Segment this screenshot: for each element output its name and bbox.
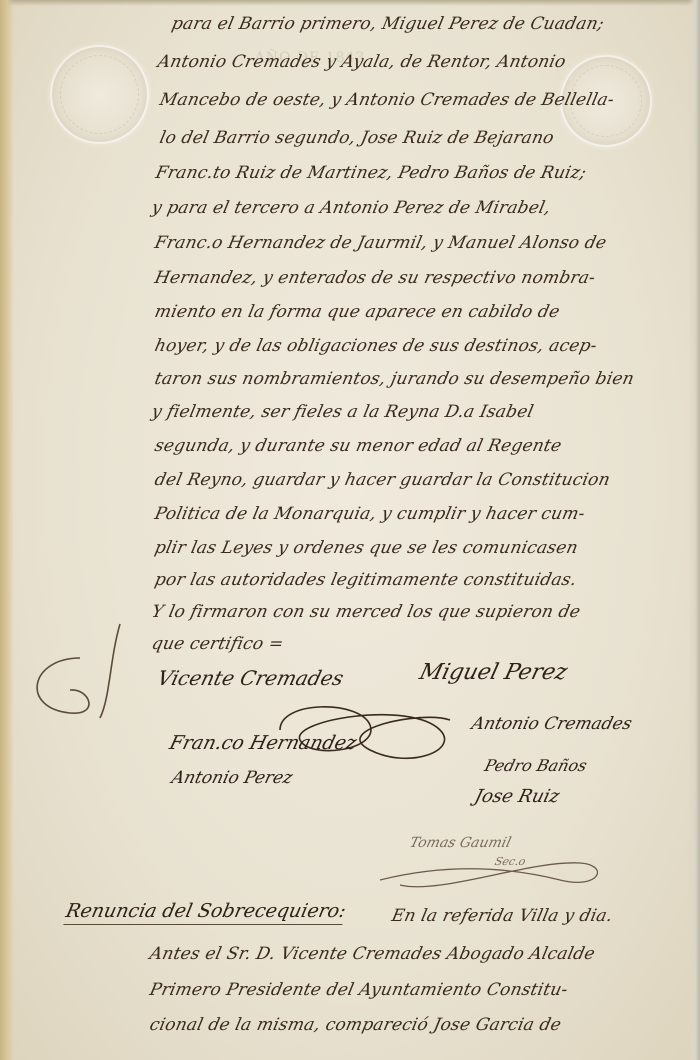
signature: Antonio Cremades (470, 714, 634, 734)
text-line: Politica de la Monarquia, y cumplir y ha… (153, 504, 587, 524)
text-line: Antonio Cremades y Ayala, de Rentor, Ant… (156, 52, 568, 72)
text-line: hoyer, y de las obligaciones de sus dest… (153, 336, 599, 356)
rubric-flourish-left (10, 618, 170, 728)
signature: Miguel Perez (417, 660, 570, 685)
text-line: Franc.o Hernandez de Jaurmil, y Manuel A… (153, 233, 609, 253)
signature: Jose Ruiz (472, 786, 561, 807)
signature: Fran.co Hernandez (167, 732, 359, 754)
page-left-edge-stain (0, 0, 14, 1060)
text-line: y fielmente, ser fieles a la Reyna D.a I… (150, 402, 535, 422)
signature: Antonio Perez (170, 768, 295, 788)
manuscript-page: AÑO DE 1843 para el Barrio primero, Migu… (0, 0, 700, 1060)
text-line: segunda, y durante su menor edad al Rege… (153, 436, 564, 456)
signature: Pedro Baños (483, 756, 589, 775)
page-right-edge (688, 0, 700, 1060)
embossed-seal-left (50, 45, 149, 144)
page-top-edge (0, 0, 700, 6)
text-line: Y lo firmaron con su merced los que supi… (150, 602, 582, 622)
text-line: del Reyno, guardar y hacer guardar la Co… (153, 470, 612, 490)
text-line: Hernandez, y enterados de su respectivo … (153, 268, 597, 288)
text-line: lo del Barrio segundo, Jose Ruiz de Beja… (158, 128, 556, 148)
text-line: para el Barrio primero, Miguel Perez de … (170, 14, 606, 34)
signature-secretary: Tomas Gaumil (408, 835, 513, 851)
text-line: cional de la misma, compareció Jose Garc… (148, 1015, 563, 1035)
text-line: plir las Leyes y ordenes que se les comu… (153, 538, 580, 558)
text-line: y para el tercero a Antonio Perez de Mir… (150, 198, 553, 218)
text-line: Antes el Sr. D. Vicente Cremades Abogado… (148, 944, 597, 964)
text-line: Primero Presidente del Ayuntamiento Cons… (148, 980, 570, 1000)
signature-secretary-title: Sec.o (493, 855, 527, 868)
section-heading: Renuncia del Sobrecequiero: (63, 900, 348, 925)
text-line: taron sus nombramientos, jurando su dese… (153, 369, 636, 389)
text-line: por las autoridades legitimamente consti… (153, 570, 579, 590)
text-line: En la referida Villa y dia. (390, 906, 615, 926)
text-line: miento en la forma que aparece en cabild… (153, 302, 562, 322)
text-line: que certifico = (150, 634, 286, 654)
text-line: Mancebo de oeste, y Antonio Cremades de … (158, 90, 616, 110)
signature: Vicente Cremades (155, 666, 346, 690)
text-line: Franc.to Ruiz de Martinez, Pedro Baños d… (154, 163, 588, 183)
